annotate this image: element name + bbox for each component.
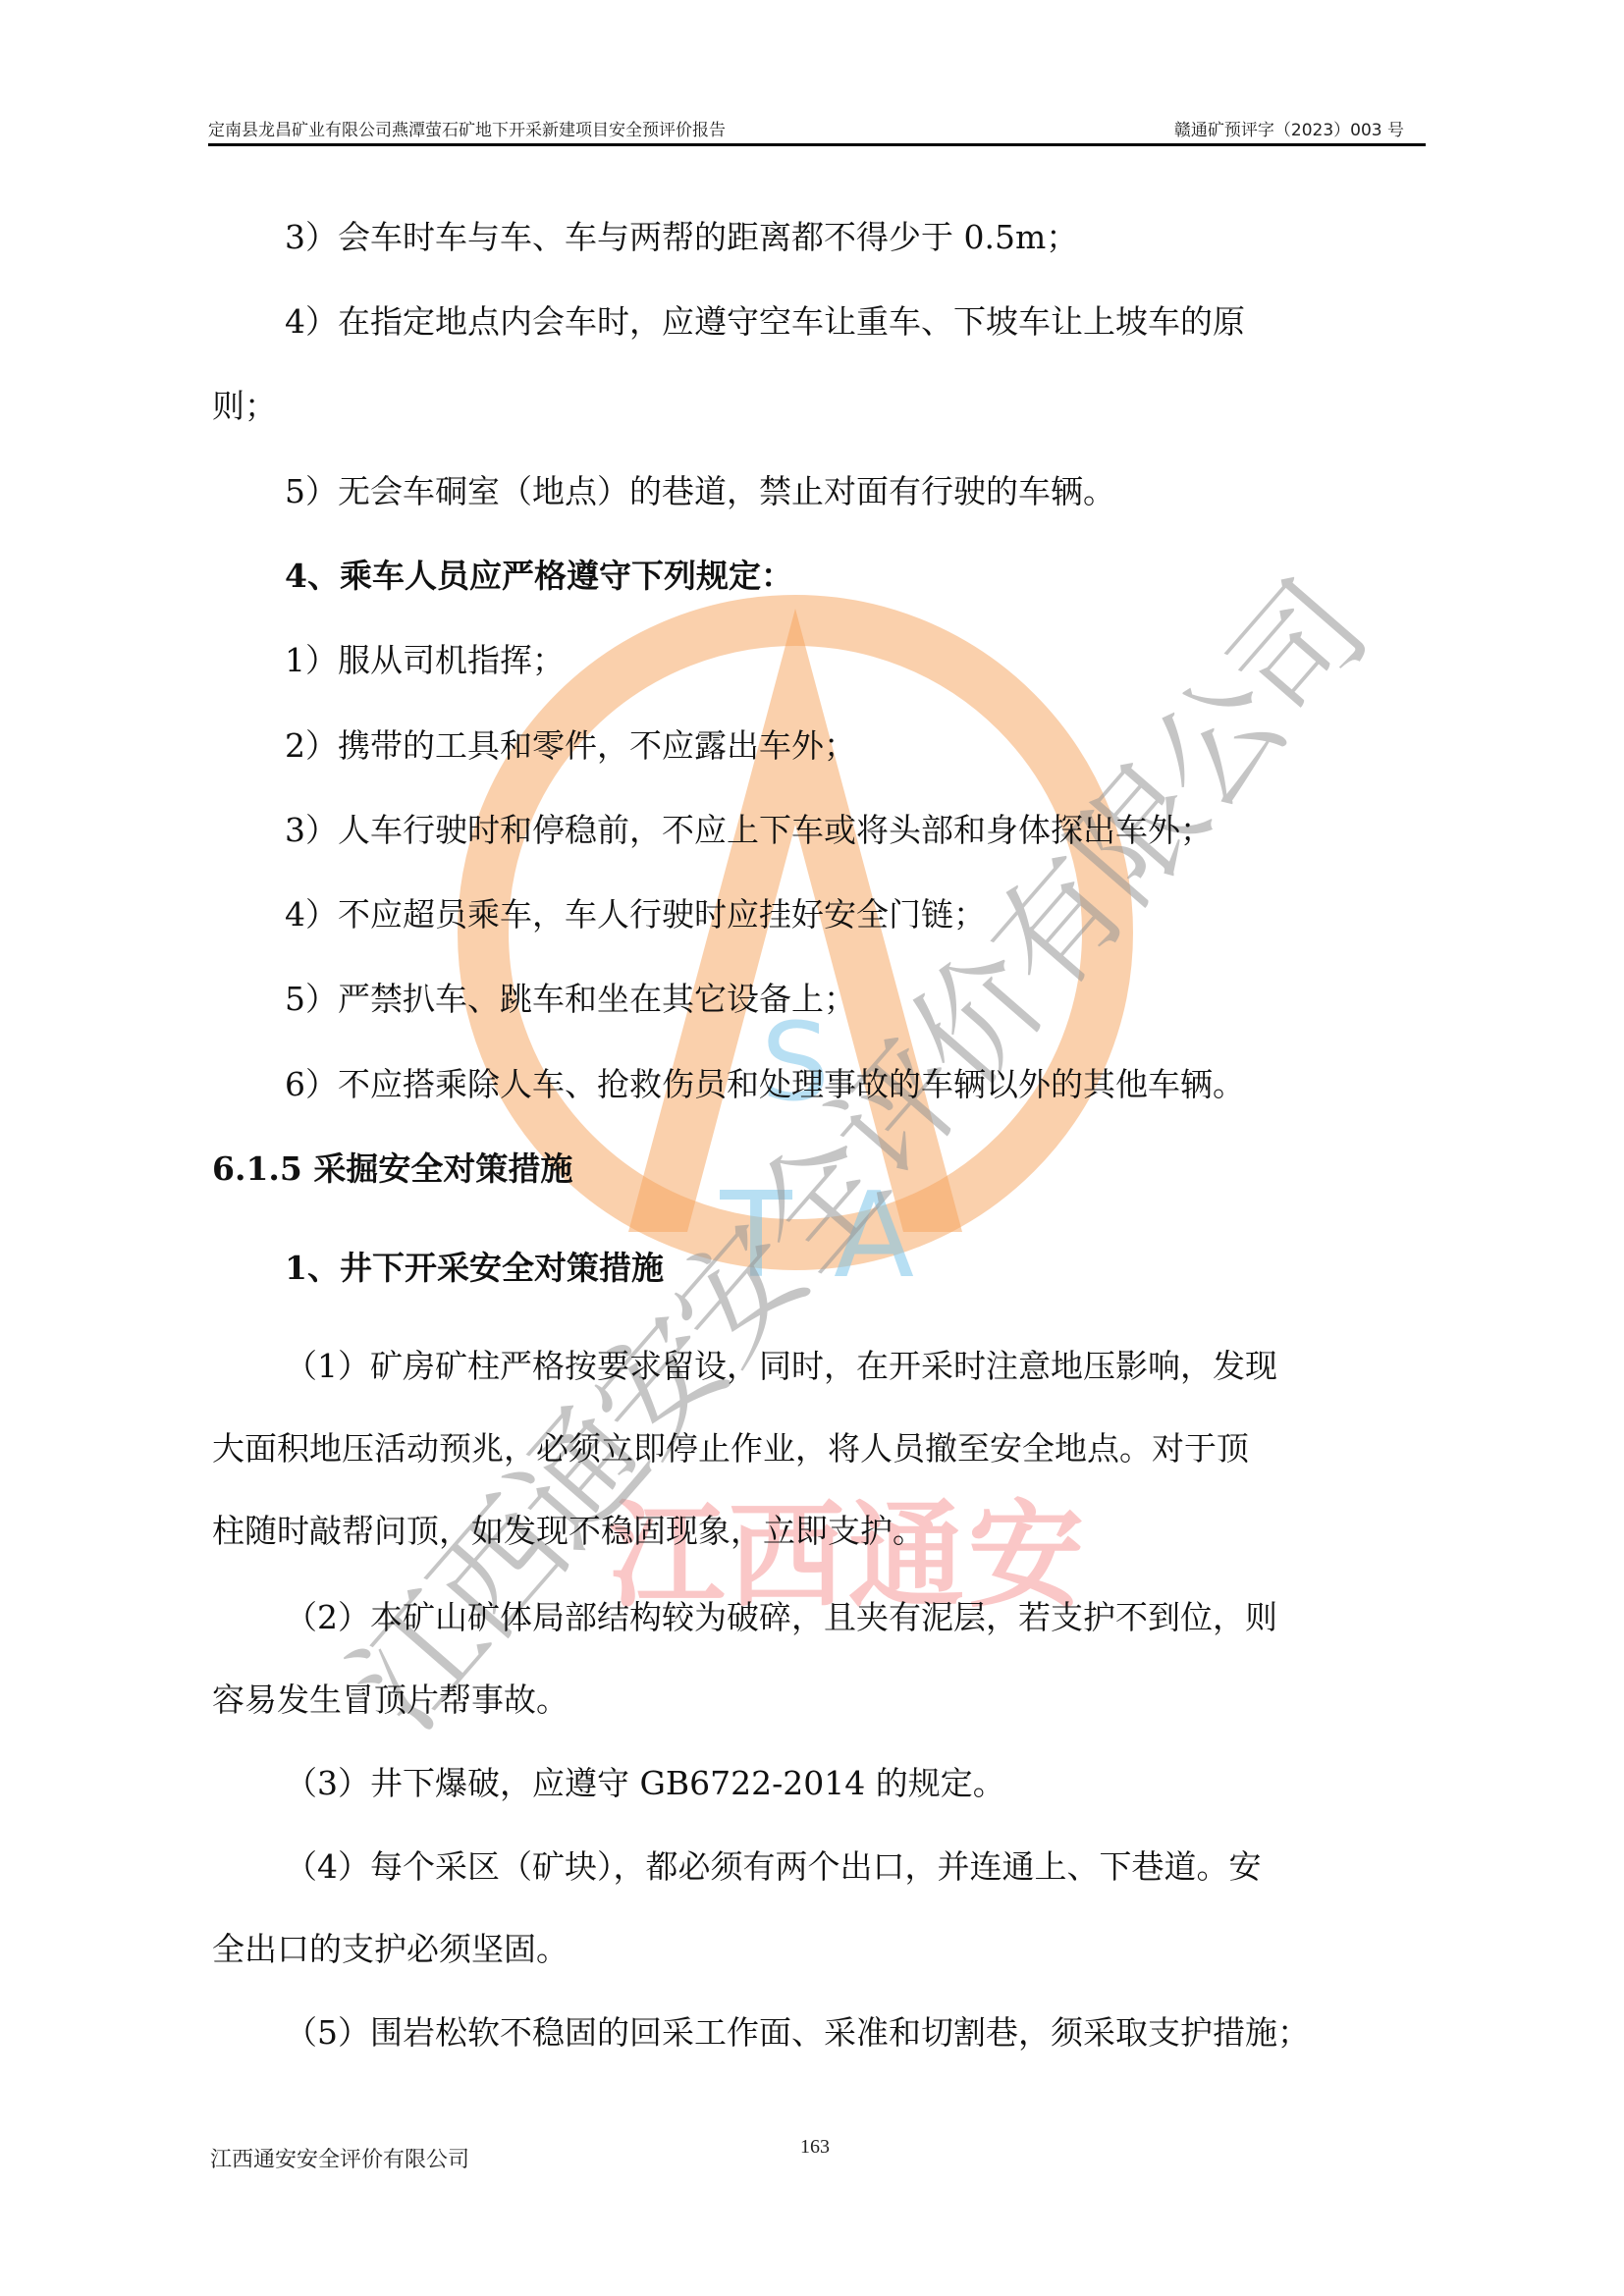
list-item: 5）严禁扒车、跳车和坐在其它设备上； xyxy=(285,980,856,1019)
paragraph-line: （2）本矿山矿体局部结构较为破碎，且夹有泥层，若支护不到位，则 xyxy=(285,1598,1277,1637)
subheading: 1、井下开采安全对策措施 xyxy=(285,1249,664,1288)
paragraph-line: （5）围岩松软不稳固的回采工作面、采准和切割巷，须采取支护措施； xyxy=(285,2013,1310,2053)
svg-text:T: T xyxy=(719,1168,792,1305)
paragraph-line: 大面积地压活动预兆，必须立即停止作业，将人员撤至安全地点。对于顶 xyxy=(212,1429,1249,1468)
footer-company: 江西通安安全评价有限公司 xyxy=(210,2143,469,2173)
page-number: 163 xyxy=(800,2136,830,2159)
section-heading: 6.1.5 采掘安全对策措施 xyxy=(212,1149,572,1189)
paragraph-line: （4）每个采区（矿块），都必须有两个出口，并连通上、下巷道。安 xyxy=(285,1847,1262,1887)
subheading: 4、乘车人员应严格遵守下列规定： xyxy=(285,557,793,596)
watermark-diagonal-text: 江西通安安全评价有限公司 xyxy=(303,531,1406,1761)
paragraph-line: 柱随时敲帮问顶，如发现不稳固现象，立即支护。 xyxy=(212,1512,925,1551)
list-item: 2）携带的工具和零件，不应露出车外； xyxy=(285,726,856,766)
list-item: 6）不应搭乘除人车、抢救伤员和处理事故的车辆以外的其他车辆。 xyxy=(285,1065,1245,1104)
list-item: 1）服从司机指挥； xyxy=(285,641,565,680)
paragraph-line: 3）会车时车与车、车与两帮的距离都不得少于 0.5m； xyxy=(285,218,1078,257)
list-item: 3）人车行驶时和停稳前，不应上下车或将头部和身体探出车外； xyxy=(285,811,1213,850)
header-report-title: 定南县龙昌矿业有限公司燕潭萤石矿地下开采新建项目安全预评价报告 xyxy=(208,116,726,140)
paragraph-line: 5）无会车硐室（地点）的巷道，禁止对面有行驶的车辆。 xyxy=(285,472,1115,511)
paragraph-line: 容易发生冒顶片帮事故。 xyxy=(212,1681,568,1720)
paragraph-line: 4）在指定地点内会车时，应遵守空车让重车、下坡车让上坡车的原 xyxy=(285,302,1245,342)
list-item: 4）不应超员乘车，车人行驶时应挂好安全门链； xyxy=(285,895,986,934)
header-divider xyxy=(208,143,1426,146)
header-report-number: 赣通矿预评字（2023）003 号 xyxy=(1174,116,1404,140)
document-page: S T A 江西通安 江西通安安全评价有限公司 定南县龙昌矿业有限公司燕潭萤石矿… xyxy=(0,0,1624,2296)
paragraph-line: （1）矿房矿柱严格按要求留设，同时，在开采时注意地压影响，发现 xyxy=(285,1347,1277,1386)
paragraph-line: 全出口的支护必须坚固。 xyxy=(212,1930,568,1969)
svg-text:A: A xyxy=(834,1168,914,1305)
paragraph-line: 则； xyxy=(212,387,277,426)
paragraph-line: （3）井下爆破，应遵守 GB6722-2014 的规定。 xyxy=(285,1764,1005,1803)
